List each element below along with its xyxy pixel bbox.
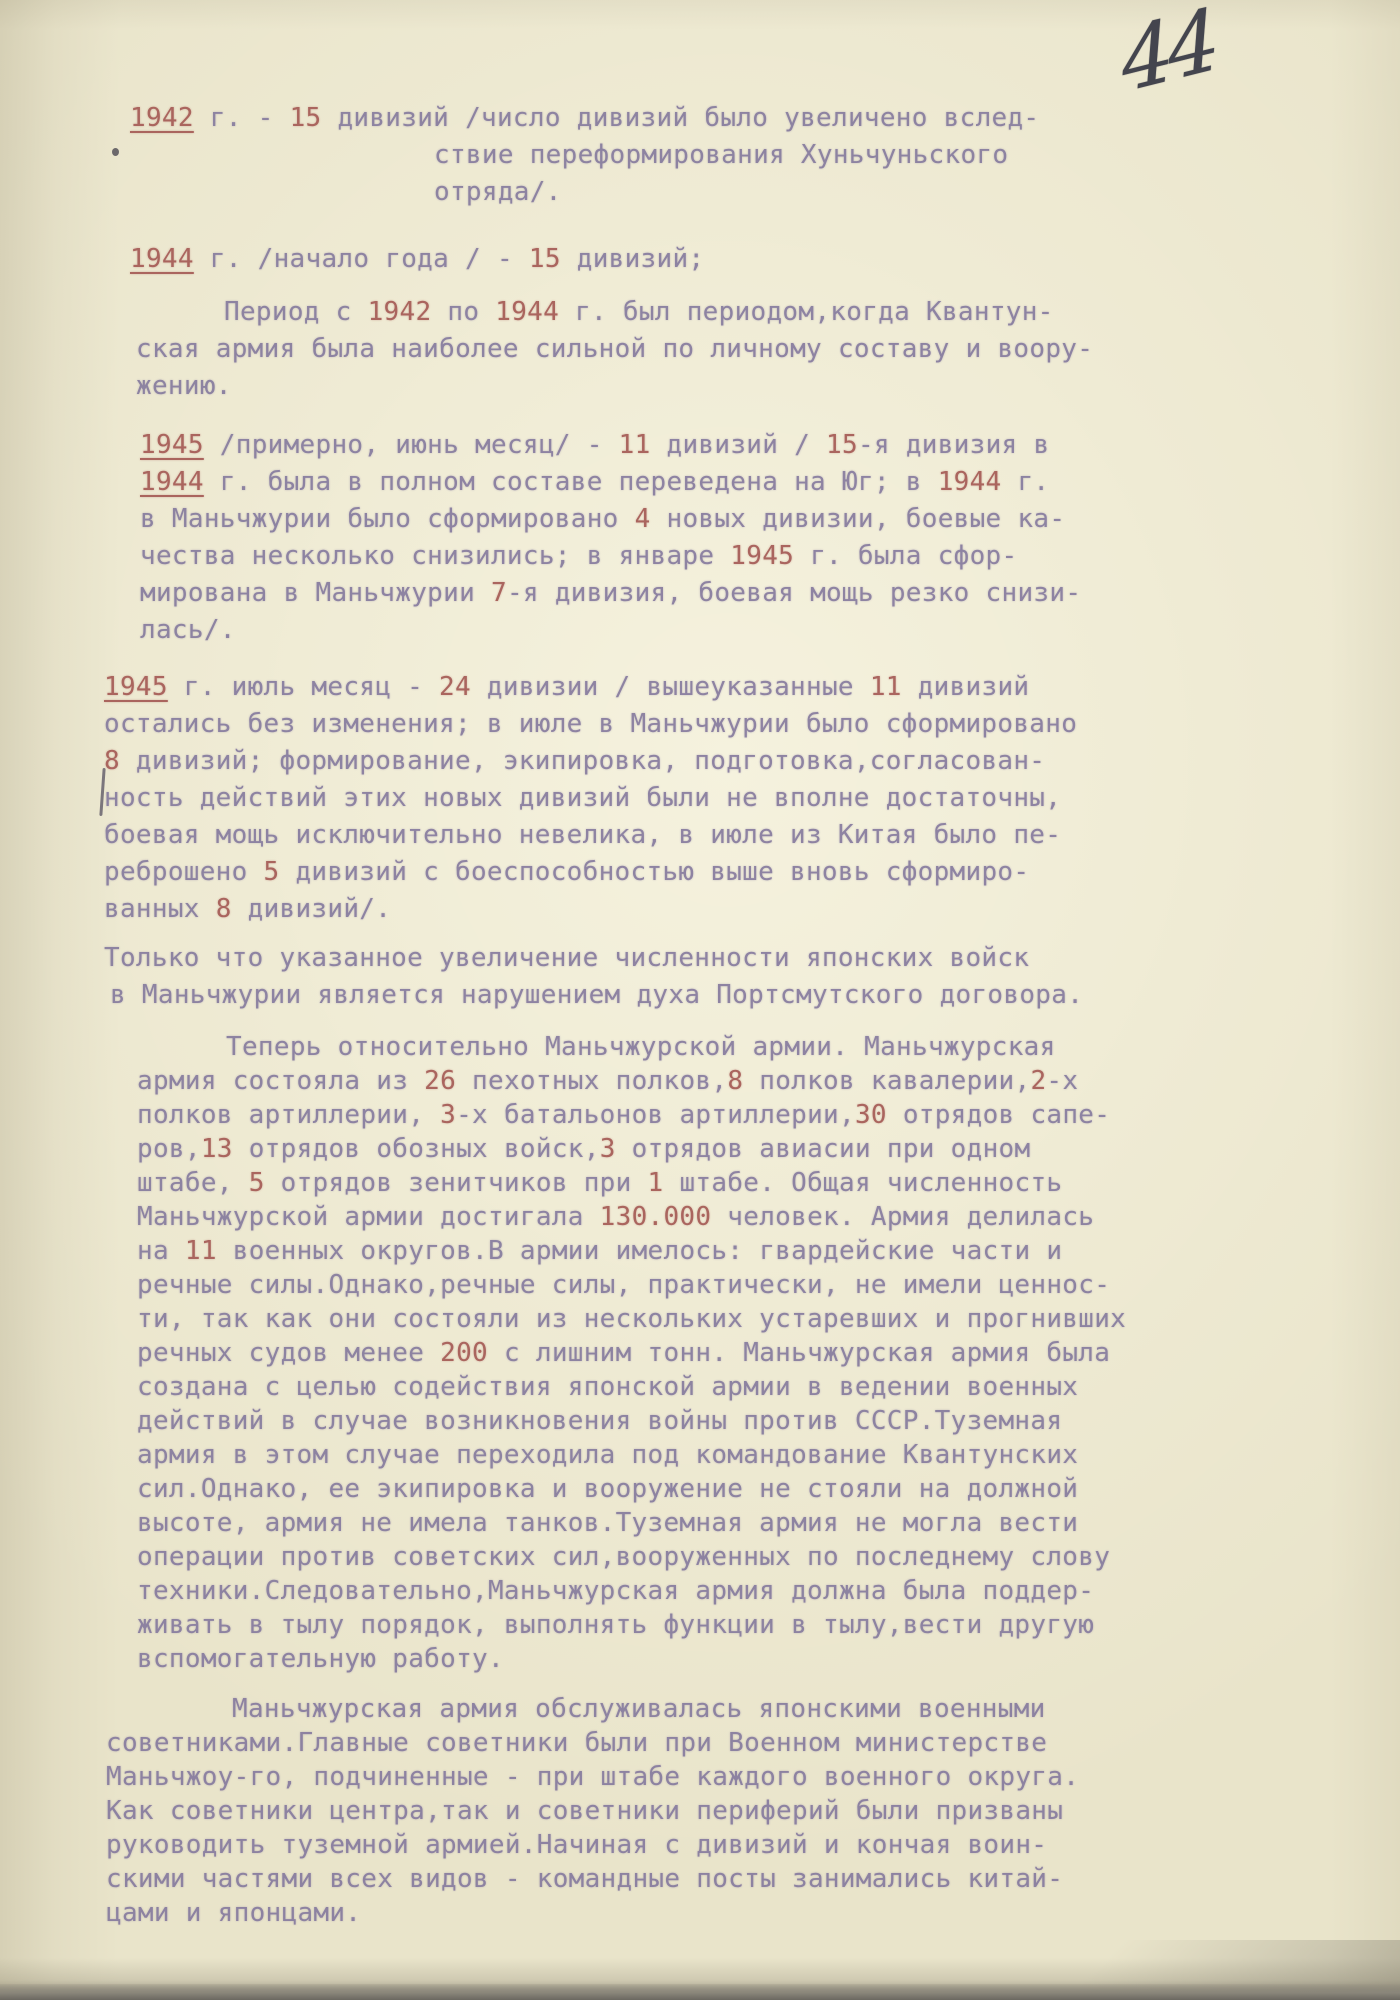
paragraph-divisions-1945-june: 1945 /примерно, июнь месяц/ - 11 дивизий… [104, 427, 1126, 649]
text-line: Как советники центра,так и советники пер… [106, 1794, 1126, 1828]
text-line: остались без изменения; в июле в Маньчжу… [104, 706, 1126, 743]
text-line: скими частями всех видов - командные пос… [106, 1862, 1126, 1896]
paragraph-divisions-1942: 1942 г. - 15 дивизий /число дивизий было… [104, 100, 1126, 211]
scan-bottom-edge [0, 1984, 1400, 2000]
text-line: жению. [136, 368, 1126, 405]
paragraph-manchurian-army: Теперь относительно Маньчжурской армии. … [104, 1030, 1126, 1676]
text-line: вспомогательную работу. [137, 1642, 1126, 1676]
text-line: 1945 /примерно, июнь месяц/ - 11 дивизий… [140, 427, 1126, 464]
text-line: 1944 г. была в полном составе переведена… [140, 464, 1126, 501]
text-line: мирована в Маньчжурии 7-я дивизия, боева… [140, 575, 1126, 612]
paragraph-portsmouth-violation: Только что указанное увеличение численно… [104, 940, 1126, 1014]
text-line: полков артиллерии, 3-х батальонов артилл… [137, 1098, 1126, 1132]
text-line: 1945 г. июль месяц - 24 дивизии / вышеук… [104, 669, 1126, 706]
text-line: Период с 1942 по 1944 г. был периодом,ко… [224, 294, 1126, 331]
paragraph-divisions-1944: 1944 г. /начало года / - 15 дивизий; [104, 241, 1126, 278]
text-line: лась/. [140, 612, 1126, 649]
text-line: ванных 8 дивизий/. [104, 891, 1126, 928]
text-line: чества несколько снизились; в январе 194… [140, 538, 1126, 575]
text-line: операции против советских сил,вооруженны… [137, 1540, 1126, 1574]
text-line: 8 дивизий; формирование, экипировка, под… [104, 743, 1126, 780]
text-line: на 11 военных округов.В армии имелось: г… [137, 1234, 1126, 1268]
text-line: руководить туземной армией.Начиная с див… [106, 1828, 1126, 1862]
text-line: 1944 г. /начало года / - 15 дивизий; [130, 241, 1126, 278]
text-line: ров,13 отрядов обозных войск,3 отрядов а… [137, 1132, 1126, 1166]
text-line: Маньчжурская армия обслуживалась японски… [232, 1692, 1126, 1726]
text-line: боевая мощь исключительно невелика, в ию… [104, 817, 1126, 854]
text-line: цами и японцами. [106, 1896, 1126, 1930]
text-line: действий в случае возникновения войны пр… [137, 1404, 1126, 1438]
text-line: ти, так как они состояли из нескольких у… [137, 1302, 1126, 1336]
text-line: Маньчжоу-го, подчиненные - при штабе каж… [106, 1760, 1126, 1794]
text-line: отряда/. [434, 174, 1126, 211]
text-line: ская армия была наиболее сильной по личн… [136, 331, 1126, 368]
text-line: 1942 г. - 15 дивизий /число дивизий было… [130, 100, 1126, 137]
text-line: Маньчжурской армии достигала 130.000 чел… [137, 1200, 1126, 1234]
text-line: ствие переформирования Хуньчуньского [434, 137, 1126, 174]
text-line: речные силы.Однако,речные силы, практиче… [137, 1268, 1126, 1302]
text-line: в Маньчжурии является нарушением духа По… [110, 977, 1126, 1014]
paragraph-period-1942-1944: Период с 1942 по 1944 г. был периодом,ко… [104, 294, 1126, 405]
text-line: высоте, армия не имела танков.Туземная а… [137, 1506, 1126, 1540]
text-line: Теперь относительно Маньчжурской армии. … [226, 1030, 1126, 1064]
handwritten-page-number: 44 [1116, 0, 1218, 112]
text-line: армия состояла из 26 пехотных полков,8 п… [137, 1064, 1126, 1098]
text-line: реброшено 5 дивизий с боеспособностью вы… [104, 854, 1126, 891]
text-line: речных судов менее 200 с лишним тонн. Ма… [137, 1336, 1126, 1370]
text-line: штабе, 5 отрядов зенитчиков при 1 штабе.… [137, 1166, 1126, 1200]
text-line: живать в тылу порядок, выполнять функции… [137, 1608, 1126, 1642]
text-line: в Маньчжурии было сформировано 4 новых д… [140, 501, 1126, 538]
text-line: ность действий этих новых дивизий были н… [104, 780, 1126, 817]
text-line: армия в этом случае переходила под коман… [137, 1438, 1126, 1472]
text-line: техники.Следовательно,Маньчжурская армия… [137, 1574, 1126, 1608]
paragraph-divisions-1945-july: 1945 г. июль месяц - 24 дивизии / вышеук… [104, 669, 1126, 928]
document-body: 1942 г. - 15 дивизий /число дивизий было… [104, 100, 1126, 1930]
text-line: советниками.Главные советники были при В… [106, 1726, 1126, 1760]
text-line: сил.Однако, ее экипировка и вооружение н… [137, 1472, 1126, 1506]
text-line: создана с целью содействия японской арми… [137, 1370, 1126, 1404]
document-page: 44 1942 г. - 15 дивизий /число дивизий б… [0, 0, 1400, 2000]
paragraph-japanese-advisors: Маньчжурская армия обслуживалась японски… [104, 1692, 1126, 1930]
text-line: Только что указанное увеличение численно… [104, 940, 1126, 977]
